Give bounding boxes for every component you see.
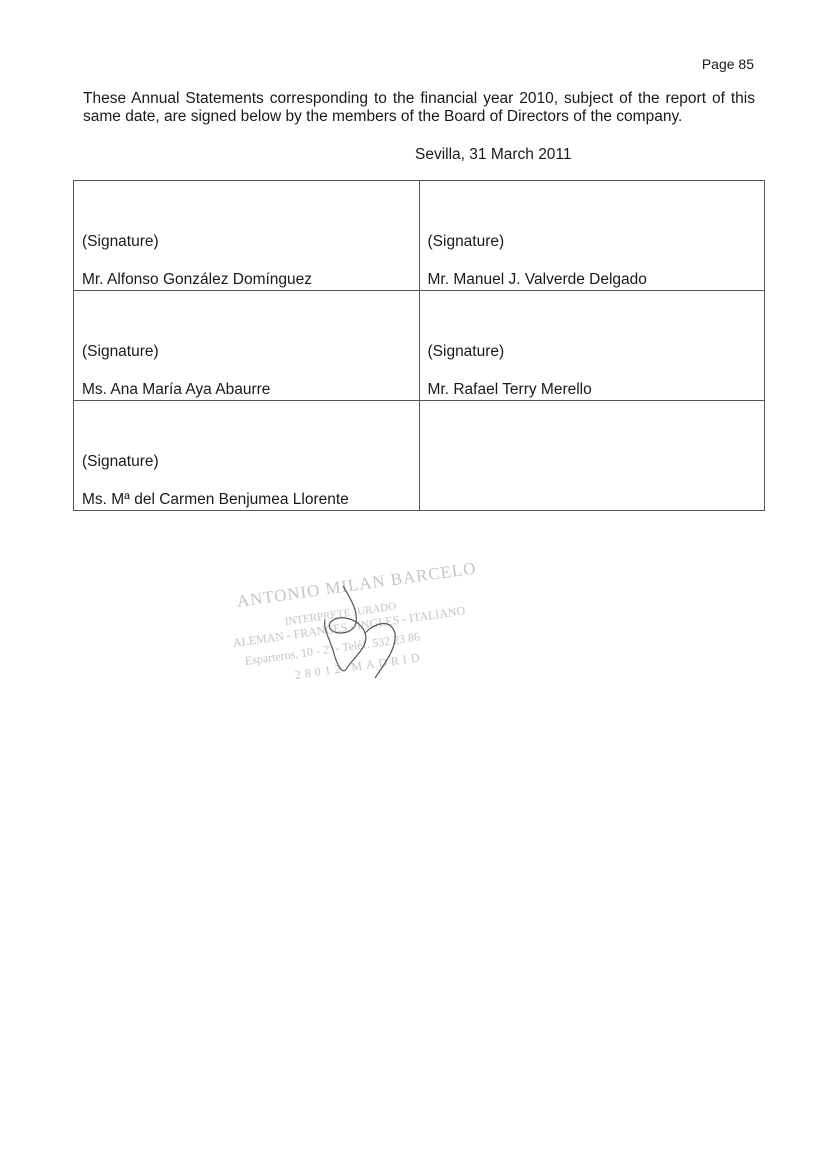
signature-label: (Signature) — [82, 453, 411, 471]
signatory-name: Mr. Alfonso González Domínguez — [82, 271, 411, 289]
place-date: Sevilla, 31 March 2011 — [415, 146, 572, 164]
signature-label: (Signature) — [428, 343, 757, 361]
translator-stamp: ANTONIO MILAN BARCELO INTERPRETE JURADO … — [225, 578, 485, 688]
signature-cell: (Signature) Mr. Rafael Terry Merello — [419, 291, 765, 401]
empty-signature-cell — [419, 401, 765, 511]
handwritten-signature-icon — [225, 578, 485, 688]
signature-label: (Signature) — [428, 233, 757, 251]
signatory-name: Mr. Rafael Terry Merello — [428, 381, 757, 399]
signatory-name: Ms. Mª del Carmen Benjumea Llorente — [82, 491, 411, 509]
signature-table: (Signature) Mr. Alfonso González Domíngu… — [73, 180, 765, 511]
signatory-name: Ms. Ana María Aya Abaurre — [82, 381, 411, 399]
signature-cell: (Signature) Ms. Mª del Carmen Benjumea L… — [74, 401, 420, 511]
intro-paragraph: These Annual Statements corresponding to… — [83, 90, 755, 126]
signature-cell: (Signature) Ms. Ana María Aya Abaurre — [74, 291, 420, 401]
signatory-name: Mr. Manuel J. Valverde Delgado — [428, 271, 757, 289]
signature-cell: (Signature) Mr. Manuel J. Valverde Delga… — [419, 181, 765, 291]
signature-label: (Signature) — [82, 343, 411, 361]
page-number: Page 85 — [702, 56, 754, 72]
signature-label: (Signature) — [82, 233, 411, 251]
signature-cell: (Signature) Mr. Alfonso González Domíngu… — [74, 181, 420, 291]
